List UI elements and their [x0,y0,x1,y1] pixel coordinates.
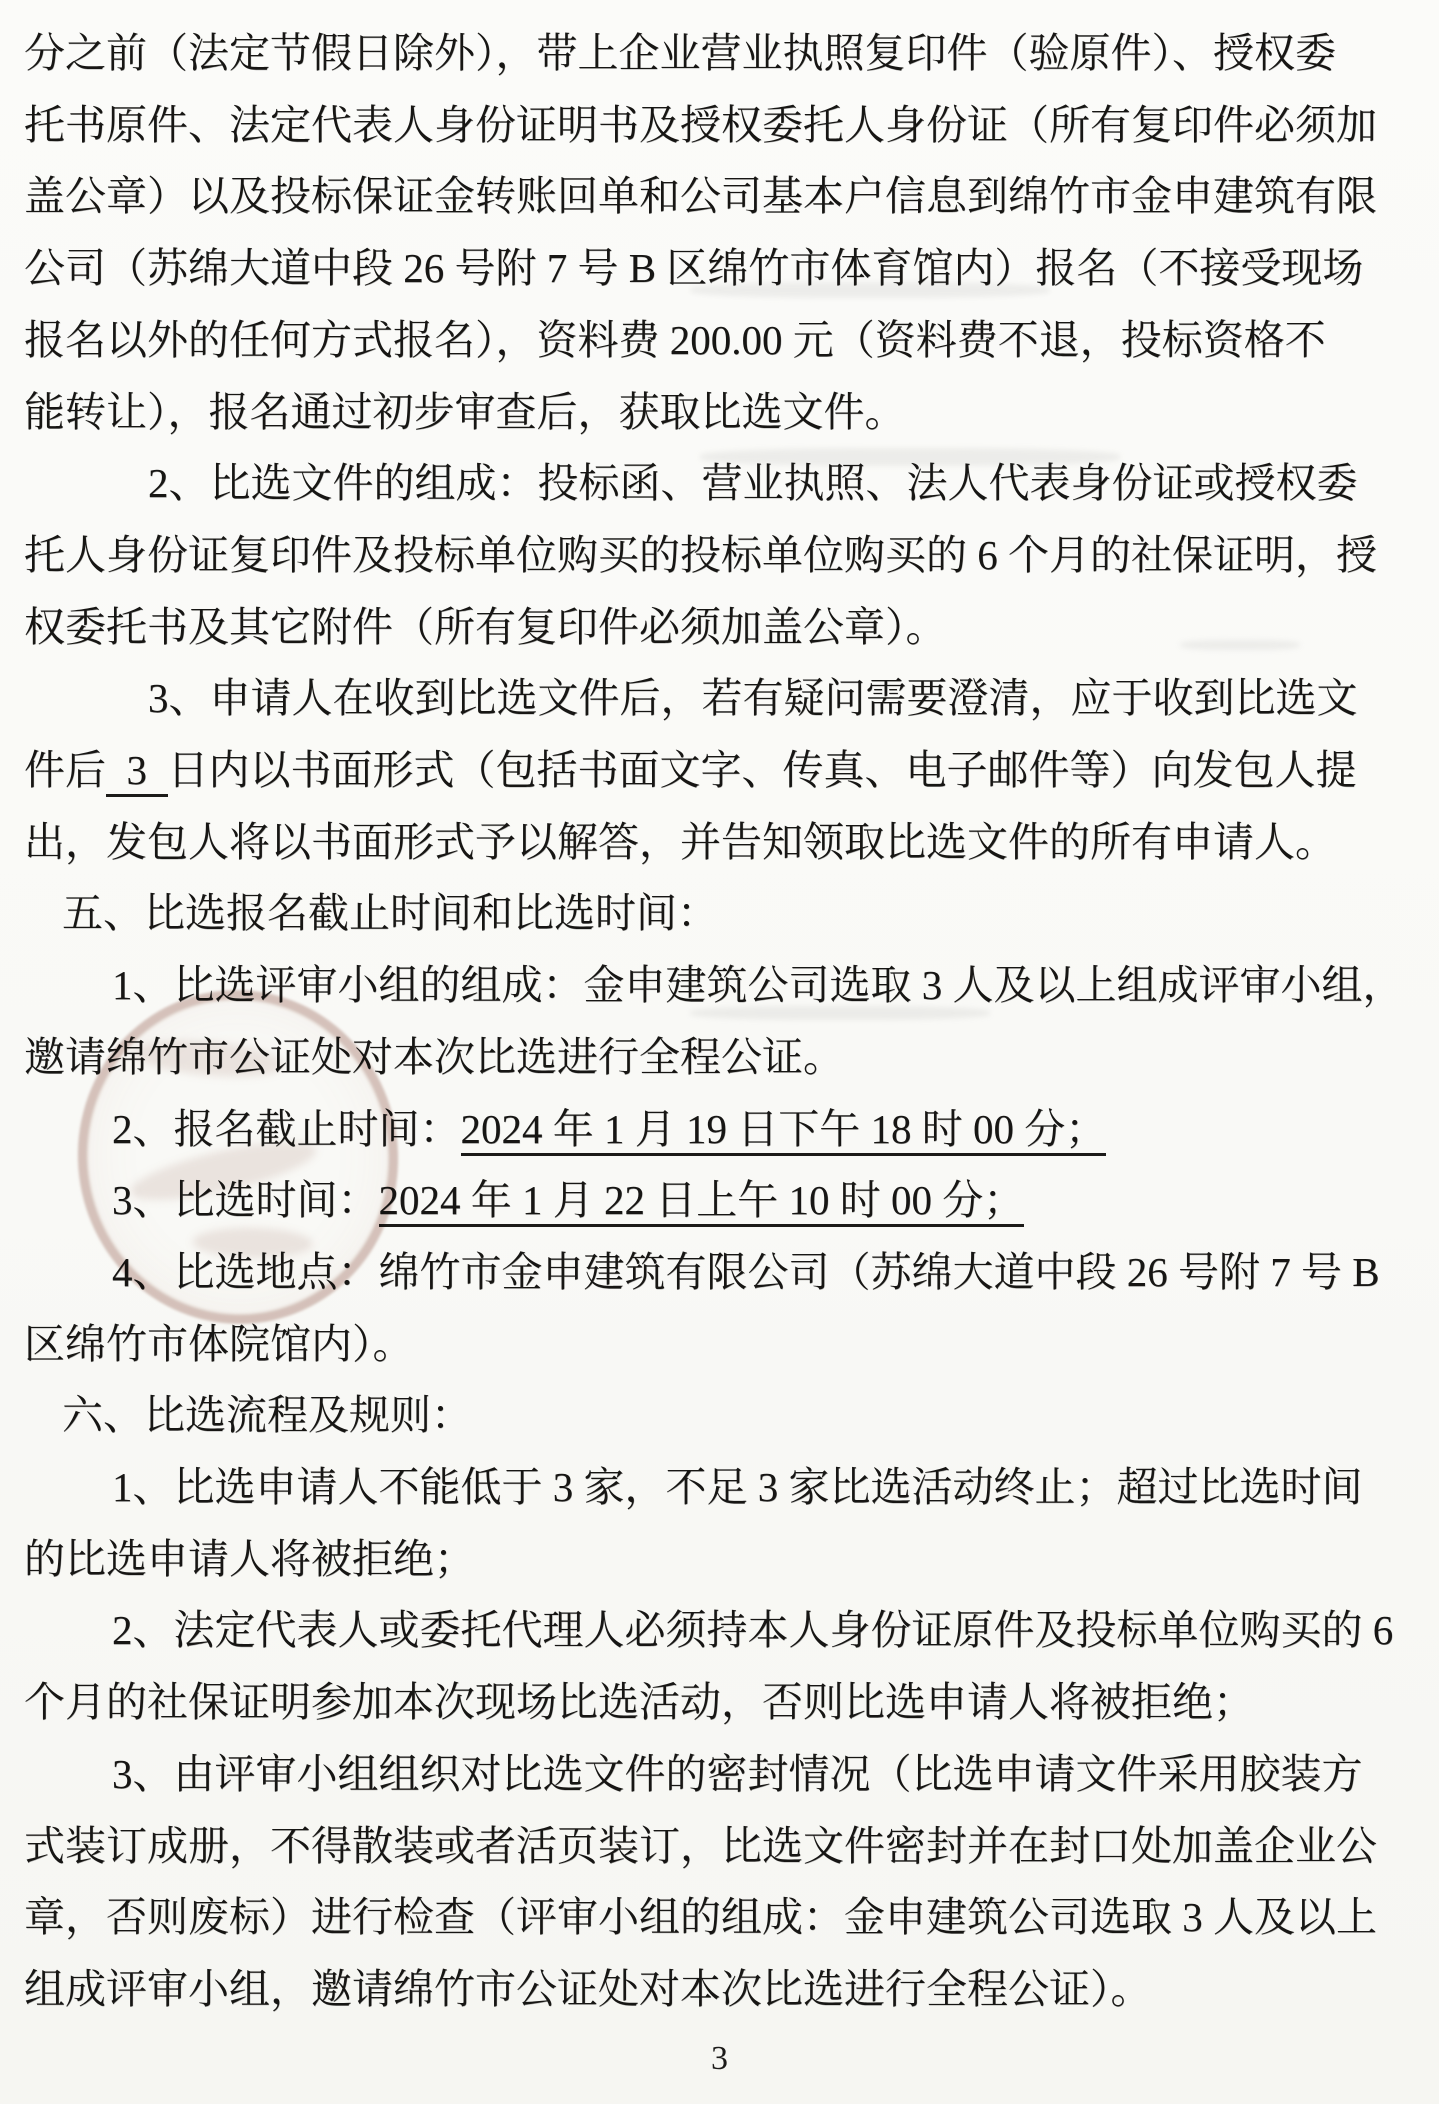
text-line: 权委托书及其它附件（所有复印件必须加盖公章）。 [0,592,1439,664]
text-segment: 五、比选报名截止时间和比选时间： [62,890,718,936]
text-segment: 组成评审小组，邀请绵竹市公证处对本次比选进行全程公证）。 [24,1966,1152,2012]
text-segment: 的比选申请人将被拒绝； [24,1536,475,1582]
text-line: 出，发包人将以书面形式予以解答，并告知领取比选文件的所有申请人。 [0,807,1439,879]
seal-ink-blot [127,1130,321,1212]
text-line: 托人身份证复印件及投标单位购买的投标单位购买的 6 个月的社保证明，授 [0,520,1439,592]
text-line: 件后 3 日内以书面形式（包括书面文字、传真、电子邮件等）向发包人提 [0,735,1439,807]
text-segment: 报名以外的任何方式报名），资料费 200.00 元（资料费不退，投标资格不 [24,317,1326,363]
text-segment: 3、由评审小组组织对比选文件的密封情况（比选申请文件采用胶装方 [112,1751,1363,1797]
text-line: 1、比选申请人不能低于 3 家，不足 3 家比选活动终止；超过比选时间 [0,1452,1439,1524]
text-segment: 权委托书及其它附件（所有复印件必须加盖公章）。 [24,604,947,650]
text-segment: 2、法定代表人或委托代理人必须持本人身份证原件及投标单位购买的 6 [112,1607,1393,1653]
text-line: 能转让），报名通过初步审查后，获取比选文件。 [0,377,1439,449]
underlined-text: 2024 年 1 月 22 日上午 10 时 00 分； [379,1177,1025,1227]
text-segment: 章，否则废标）进行检查（评审小组的组成：金申建筑公司选取 3 人及以上 [24,1894,1377,1940]
text-segment: 公司（苏绵大道中段 26 号附 7 号 B 区绵竹市体育馆内）报名（不接受现场 [24,245,1363,291]
text-line: 六、比选流程及规则： [0,1380,1439,1452]
text-line: 个月的社保证明参加本次现场比选活动，否则比选申请人将被拒绝； [0,1667,1439,1739]
text-segment: 1、比选申请人不能低于 3 家，不足 3 家比选活动终止；超过比选时间 [112,1464,1363,1510]
page-number: 3 [0,2040,1439,2078]
text-segment: 区绵竹市体院馆内）。 [24,1321,414,1367]
text-line: 2、比选文件的组成：投标函、营业执照、法人代表身份证或授权委 [0,448,1439,520]
underlined-text: 2024 年 1 月 19 日下午 18 时 00 分； [461,1106,1107,1156]
text-segment: 3、申请人在收到比选文件后，若有疑问需要澄清，应于收到比选文 [148,675,1358,721]
text-segment: 2、比选文件的组成：投标函、营业执照、法人代表身份证或授权委 [148,460,1358,506]
text-segment: 托人身份证复印件及投标单位购买的投标单位购买的 6 个月的社保证明，授 [24,532,1377,578]
text-line: 五、比选报名截止时间和比选时间： [0,878,1439,950]
underlined-text: 3 [106,747,168,797]
text-segment: 六、比选流程及规则： [62,1392,472,1438]
text-segment: 1、比选评审小组的组成：金申建筑公司选取 3 人及以上组成评审小组， [112,962,1404,1008]
text-segment: 日内以书面形式（包括书面文字、传真、电子邮件等）向发包人提 [168,747,1357,793]
text-segment: 托书原件、法定代表人身份证明书及授权委托人身份证（所有复印件必须加 [24,102,1377,148]
text-segment: 能转让），报名通过初步审查后，获取比选文件。 [24,389,906,435]
seal-ink-blot [192,1227,313,1259]
text-line: 式装订成册，不得散装或者活页装订，比选文件密封并在封口处加盖企业公 [0,1811,1439,1883]
text-segment: 分之前（法定节假日除外），带上企业营业执照复印件（验原件）、授权委 [24,30,1336,76]
text-segment: 式装订成册，不得散装或者活页装订，比选文件密封并在封口处加盖企业公 [24,1823,1377,1869]
text-line: 报名以外的任何方式报名），资料费 200.00 元（资料费不退，投标资格不 [0,305,1439,377]
text-line: 托书原件、法定代表人身份证明书及授权委托人身份证（所有复印件必须加 [0,90,1439,162]
text-segment: 盖公章）以及投标保证金转账回单和公司基本户信息到绵竹市金申建筑有限 [24,173,1377,219]
text-line: 公司（苏绵大道中段 26 号附 7 号 B 区绵竹市体育馆内）报名（不接受现场 [0,233,1439,305]
text-segment: 出，发包人将以书面形式予以解答，并告知领取比选文件的所有申请人。 [24,819,1336,865]
text-line: 2、法定代表人或委托代理人必须持本人身份证原件及投标单位购买的 6 [0,1595,1439,1667]
text-line: 盖公章）以及投标保证金转账回单和公司基本户信息到绵竹市金申建筑有限 [0,161,1439,233]
text-line: 3、由评审小组组织对比选文件的密封情况（比选申请文件采用胶装方 [0,1739,1439,1811]
text-line: 章，否则废标）进行检查（评审小组的组成：金申建筑公司选取 3 人及以上 [0,1882,1439,1954]
text-segment: 个月的社保证明参加本次现场比选活动，否则比选申请人将被拒绝； [24,1679,1254,1725]
scanned-document-page: { "page": { "number": "3", "stamp": { "n… [0,0,1439,2104]
text-line: 3、申请人在收到比选文件后，若有疑问需要澄清，应于收到比选文 [0,663,1439,735]
text-line: 的比选申请人将被拒绝； [0,1524,1439,1596]
seal-ink-blot [134,1035,286,1082]
text-line: 组成评审小组，邀请绵竹市公证处对本次比选进行全程公证）。 [0,1954,1439,2026]
text-segment: 件后 [24,747,106,793]
text-line: 分之前（法定节假日除外），带上企业营业执照复印件（验原件）、授权委 [0,18,1439,90]
